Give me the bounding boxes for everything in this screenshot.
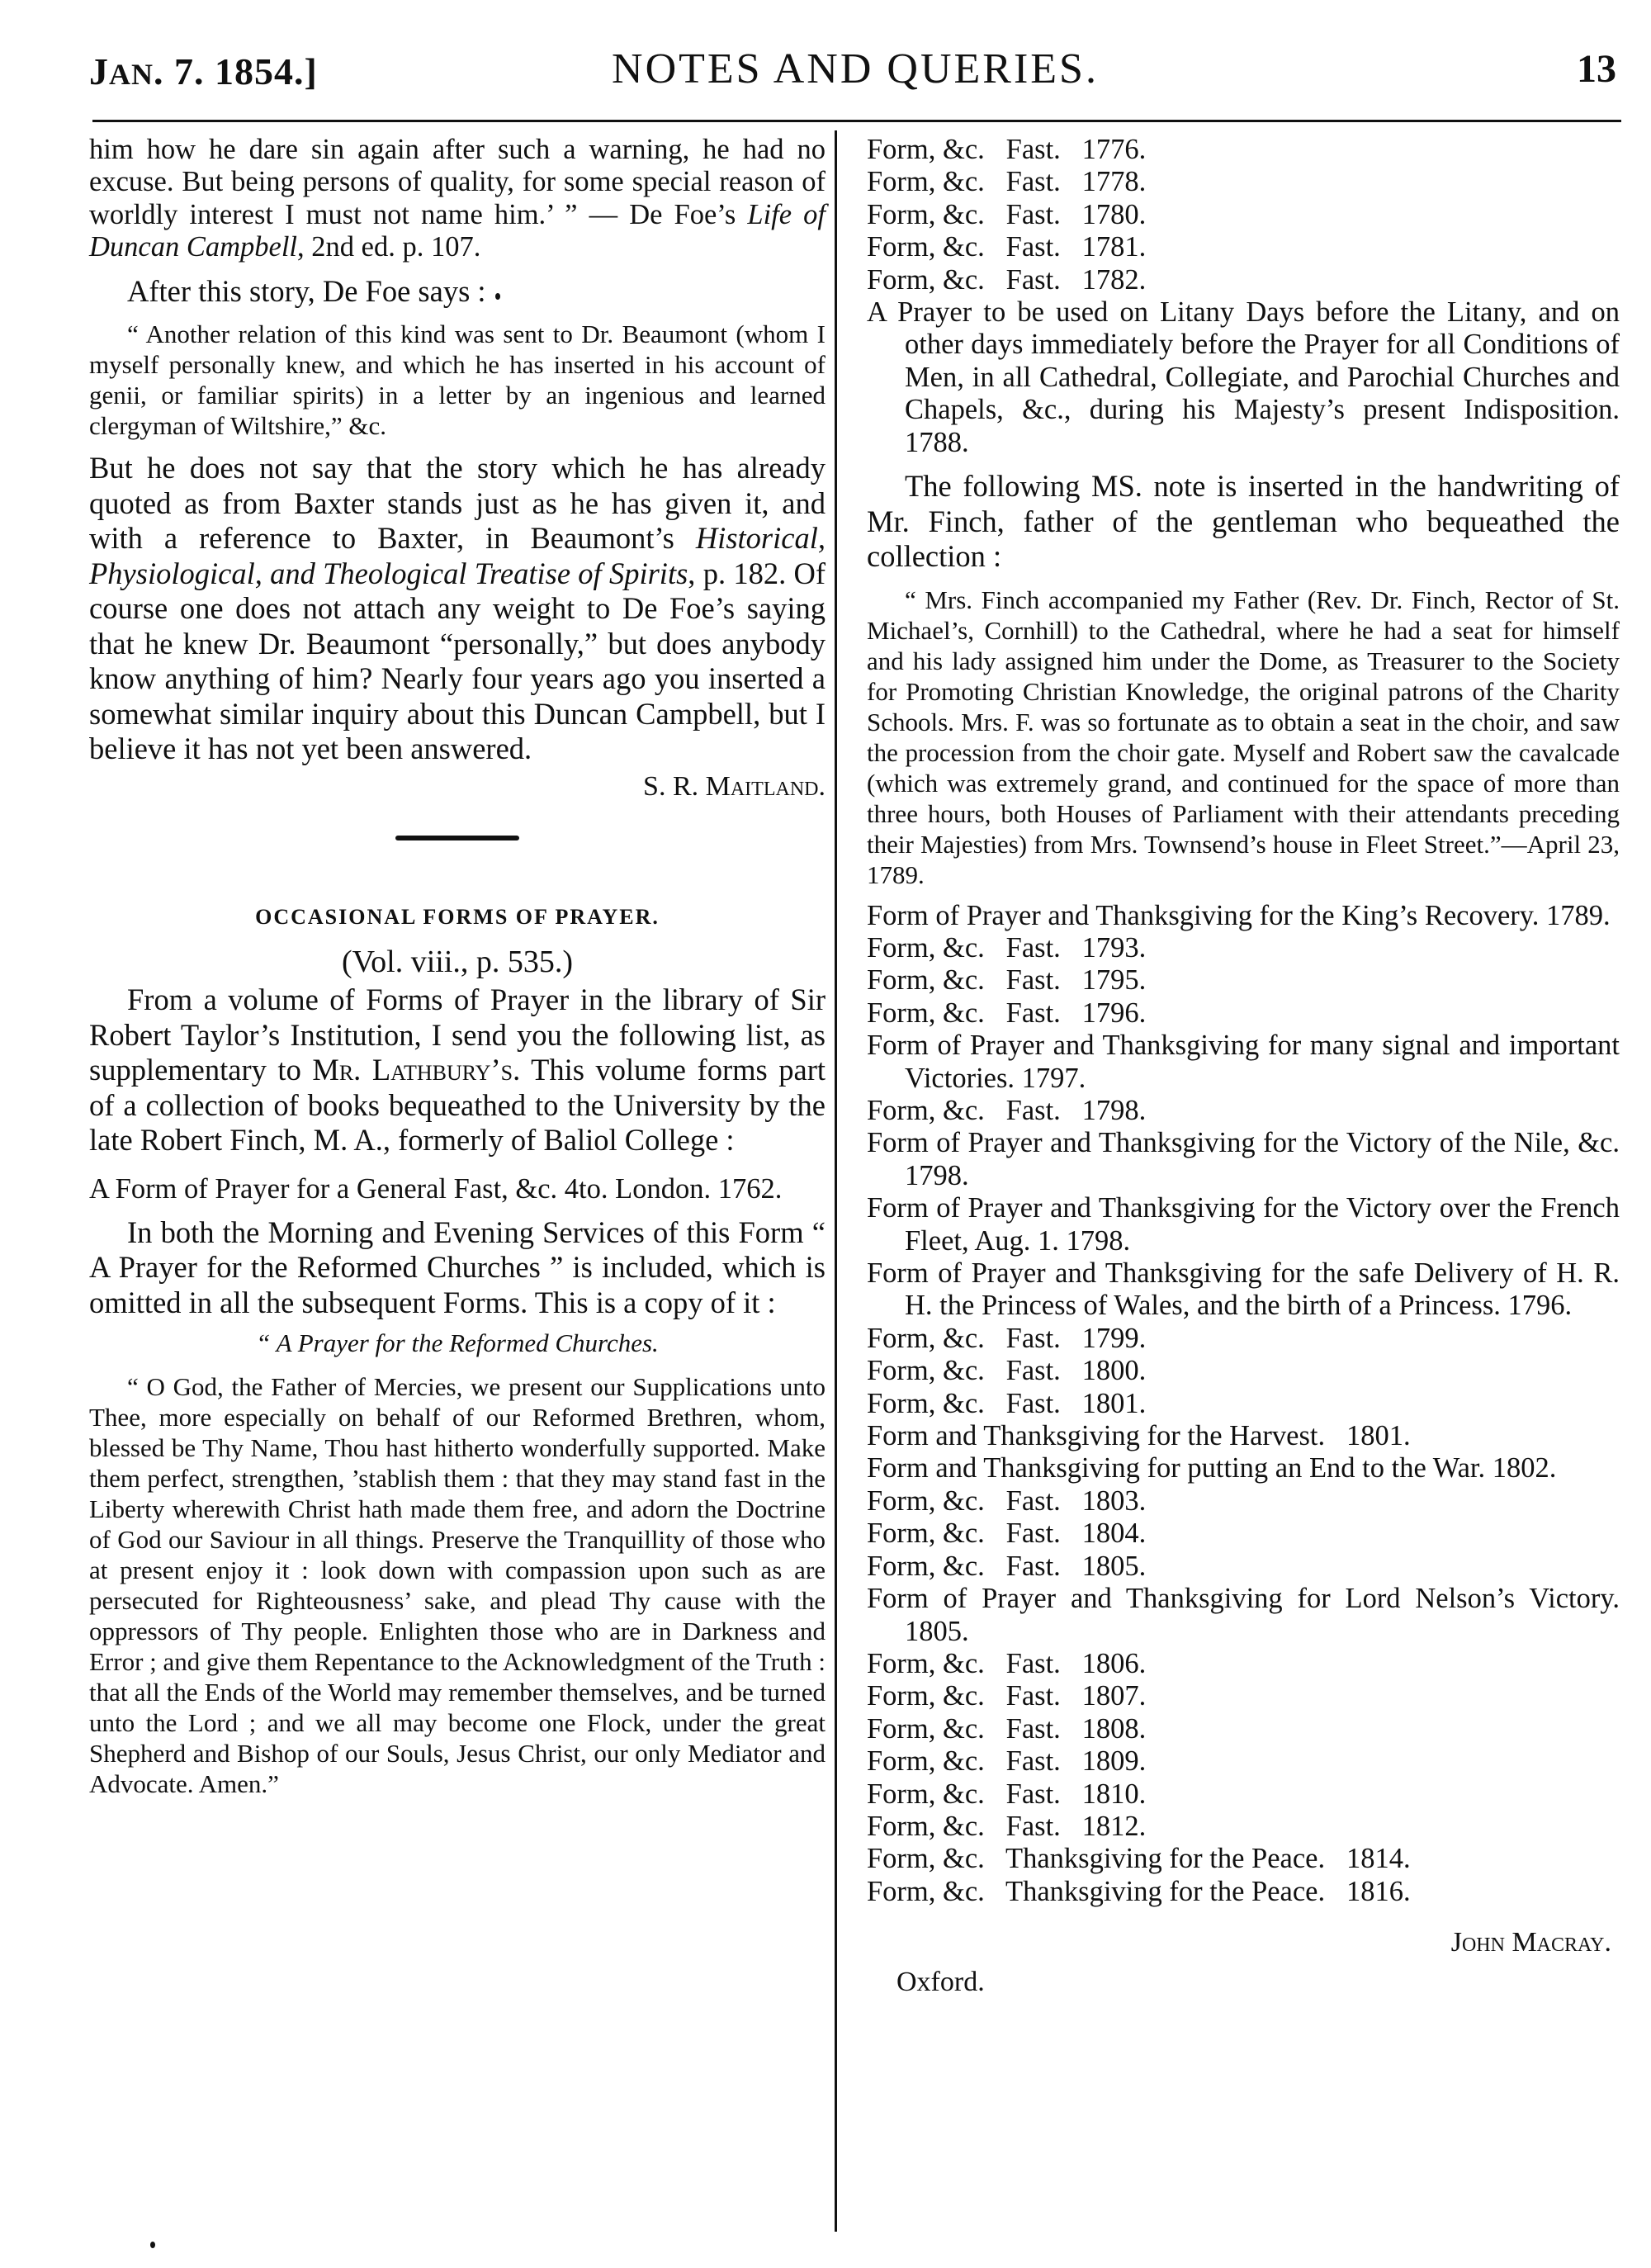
continuation-text: him how he dare sin again after such a w… [89, 134, 825, 230]
list-item: Form, &c. Fast. 1782. [867, 264, 1620, 296]
list-item: Form, &c. Fast. 1798. [867, 1095, 1620, 1127]
list-item: Form, &c. Fast. 1807. [867, 1680, 1620, 1712]
list-item: Form, &c. Fast. 1796. [867, 997, 1620, 1030]
running-header: JAN. 7. 1854.] NOTES AND QUERIES. 13 [89, 43, 1621, 101]
section-separator [395, 836, 519, 840]
page-number: 13 [1577, 46, 1616, 92]
signature-place: Oxford. [867, 1966, 1620, 1998]
print-speck [495, 293, 500, 300]
list-item: Form of Prayer and Thanksgiving for the … [867, 1127, 1620, 1192]
services-paragraph: In both the Morning and Evening Services… [89, 1215, 825, 1321]
list-item: Form, &c. Fast. 1805. [867, 1551, 1620, 1583]
column-divider [835, 130, 837, 2232]
list-item: Form, &c. Fast. 1793. [867, 932, 1620, 964]
list-item: Form of Prayer and Thanksgiving for Lord… [867, 1583, 1620, 1648]
list-item: A Prayer to be used on Litany Days befor… [867, 296, 1620, 459]
list-item: Form, &c. Fast. 1780. [867, 199, 1620, 231]
continuation-paragraph: him how he dare sin again after such a w… [89, 134, 825, 264]
list-item: Form, &c. Fast. 1800. [867, 1355, 1620, 1387]
list-item: Form of Prayer and Thanksgiving for the … [867, 1192, 1620, 1257]
left-column: him how he dare sin again after such a w… [89, 134, 825, 1799]
list-item: Form, &c. Fast. 1803. [867, 1485, 1620, 1518]
after-story-paragraph: After this story, De Foe says : [89, 274, 825, 310]
list-item: Form, &c. Thanksgiving for the Peace. 18… [867, 1876, 1620, 1908]
list-item: Form, &c. Fast. 1812. [867, 1811, 1620, 1843]
continuation-tail: , 2nd ed. p. 107. [297, 231, 480, 263]
ms-note-intro: The following MS. note is inserted in th… [867, 469, 1620, 575]
forms-list-late: Form of Prayer and Thanksgiving for the … [867, 900, 1620, 1909]
header-rule [92, 120, 1621, 122]
list-item: Form, &c. Fast. 1799. [867, 1323, 1620, 1355]
list-item: Form, &c. Fast. 1809. [867, 1745, 1620, 1778]
list-item: Form and Thanksgiving for the Harvest. 1… [867, 1420, 1620, 1452]
list-item: Form, &c. Fast. 1795. [867, 964, 1620, 997]
list-item: Form and Thanksgiving for putting an End… [867, 1452, 1620, 1484]
signature-macray: John Macray. [867, 1926, 1620, 1958]
list-item: Form, &c. Fast. 1778. [867, 166, 1620, 198]
section-title: OCCASIONAL FORMS OF PRAYER. [89, 905, 825, 930]
prayer-text: “ O God, the Father of Mercies, we prese… [89, 1371, 825, 1799]
intro-paragraph: From a volume of Forms of Prayer in the … [89, 982, 825, 1158]
journal-title: NOTES AND QUERIES. [89, 45, 1621, 93]
list-item: Form of Prayer and Thanksgiving for the … [867, 1257, 1620, 1323]
list-item: Form, &c. Fast. 1781. [867, 231, 1620, 263]
right-column: Form, &c. Fast. 1776. Form, &c. Fast. 17… [867, 134, 1620, 1998]
list-entry-1762: A Form of Prayer for a General Fast, &c.… [89, 1173, 825, 1205]
lathbury-name: Mr. Lathbury’s [312, 1053, 513, 1087]
forms-list-early: Form, &c. Fast. 1776. Form, &c. Fast. 17… [867, 134, 1620, 459]
list-item: Form of Prayer and Thanksgiving for many… [867, 1030, 1620, 1095]
list-item: Form, &c. Fast. 1801. [867, 1388, 1620, 1420]
print-speck [150, 2242, 155, 2248]
section-reference: (Vol. viii., p. 535.) [89, 941, 825, 982]
beaumont-paragraph: But he does not say that the story which… [89, 451, 825, 767]
list-item: Form, &c. Fast. 1810. [867, 1778, 1620, 1811]
list-item: Form, &c. Fast. 1808. [867, 1713, 1620, 1745]
signature-maitland: S. R. Maitland. [89, 770, 825, 803]
list-item: Form, &c. Fast. 1806. [867, 1648, 1620, 1680]
list-item: Form, &c. Fast. 1804. [867, 1518, 1620, 1550]
list-item: Form, &c. Fast. 1776. [867, 134, 1620, 166]
ms-note-quote: “ Mrs. Finch accompanied my Father (Rev.… [867, 585, 1620, 890]
defoe-quote: “ Another relation of this kind was sent… [89, 319, 825, 441]
list-item: Form, &c. Thanksgiving for the Peace. 18… [867, 1843, 1620, 1875]
prayer-title: “ A Prayer for the Reformed Churches. [89, 1327, 825, 1359]
list-item: Form of Prayer and Thanksgiving for the … [867, 900, 1620, 932]
